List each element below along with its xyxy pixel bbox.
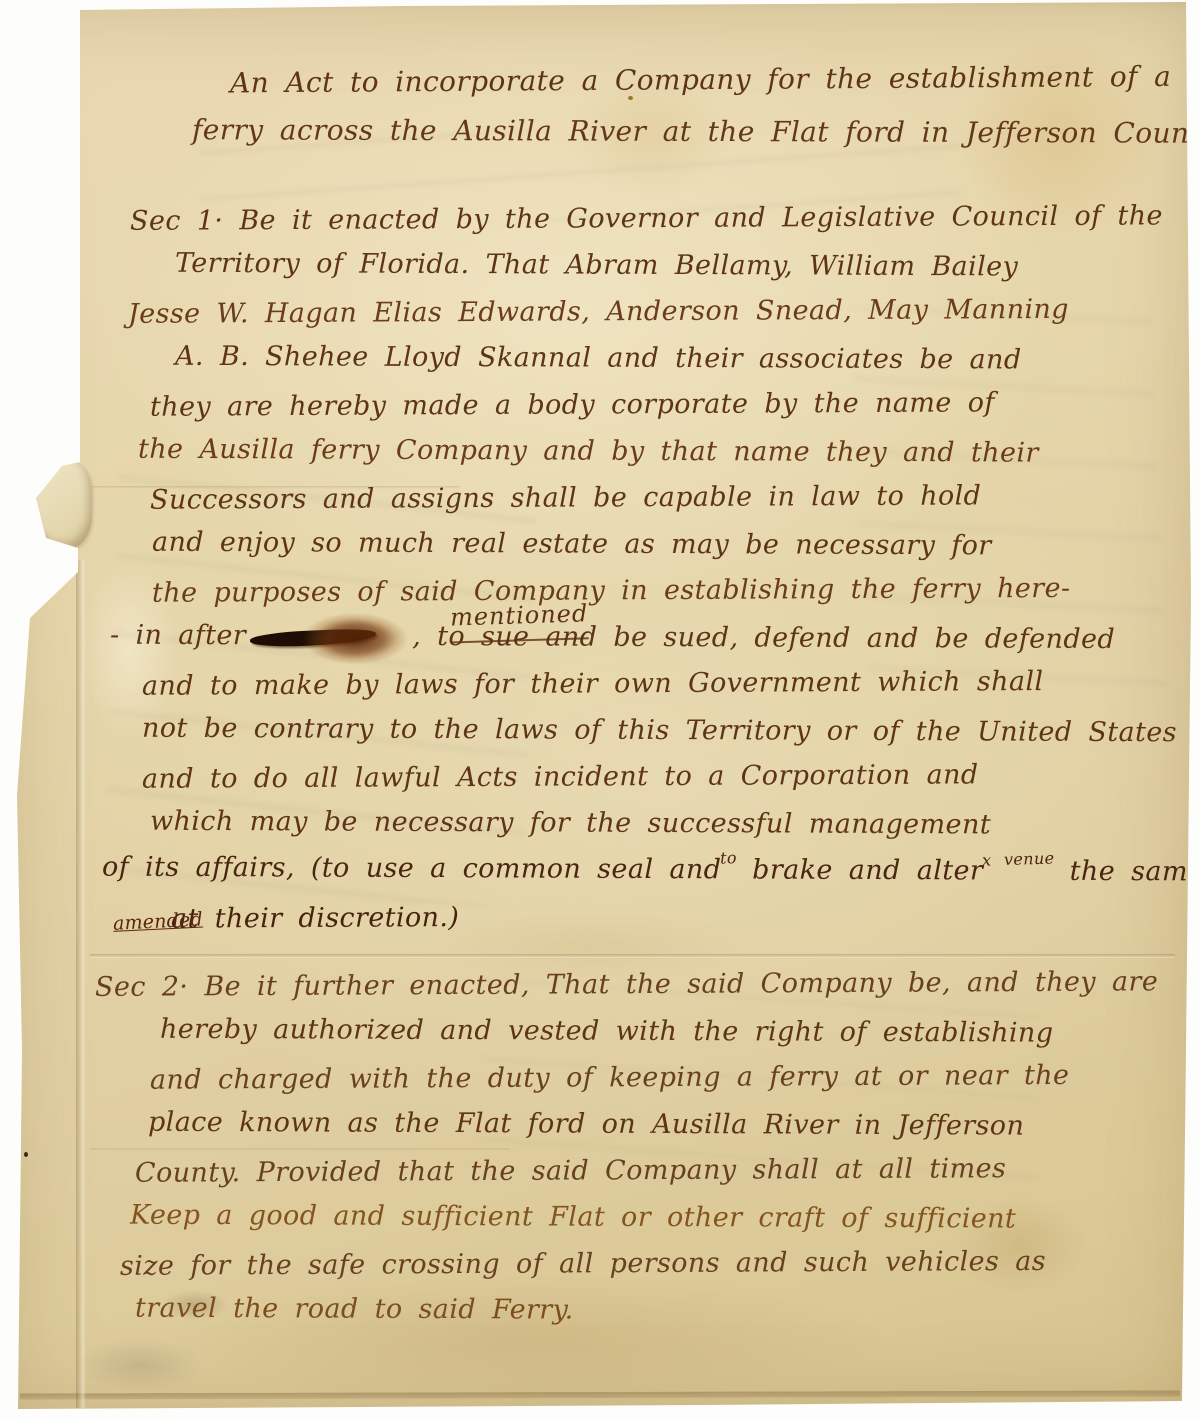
- torn-paper-flap: [36, 462, 92, 548]
- discretion-line: amended at their discretion.): [135, 891, 1195, 943]
- section-1-body-continued: and to make by laws for their own Govern…: [110, 661, 1195, 847]
- section-1: Sec 1· Be it enacted by the Governor and…: [110, 196, 1195, 940]
- body-line: the Ausilla ferry Company and by that na…: [138, 426, 1195, 477]
- body-line: and charged with the duty of keeping a f…: [150, 1052, 1195, 1104]
- body-line: not be contrary to the laws of this Terr…: [142, 705, 1195, 756]
- scan-background: An Act to incorporate a Company for the …: [0, 0, 1200, 1419]
- amend-pre: of its affairs, (to use a common seal an…: [102, 852, 721, 886]
- manuscript-page: An Act to incorporate a Company for the …: [0, 0, 1200, 1419]
- body-line: Sec 1· Be it enacted by the Governor and…: [130, 193, 1195, 245]
- body-line: A. B. Shehee Lloyd Skannal and their ass…: [175, 333, 1195, 384]
- document-title: An Act to incorporate a Company for the …: [192, 54, 1200, 158]
- body-line: travel the road to said Ferry.: [135, 1285, 1195, 1336]
- superscript-insertion: x venue: [982, 836, 1056, 885]
- section-1-body: Sec 1· Be it enacted by the Governor and…: [110, 196, 1195, 615]
- body-line: and to do all lawful Acts incident to a …: [142, 751, 1195, 803]
- speck: [24, 1152, 28, 1157]
- ink-blot: [250, 620, 408, 657]
- body-line: they are hereby made a body corporate by…: [150, 379, 1195, 431]
- superscript-insertion: to: [720, 835, 738, 882]
- body-line: size for the safe crossing of all person…: [120, 1238, 1195, 1290]
- title-line: An Act to incorporate a Company for the …: [230, 51, 1200, 110]
- crease-line: [90, 954, 1175, 958]
- smudge: [55, 1330, 225, 1400]
- margin-note-amended: amended: [112, 896, 204, 947]
- section-2: Sec 2· Be it further enacted, That the s…: [95, 962, 1195, 1334]
- body-line: and to make by laws for their own Govern…: [142, 658, 1195, 710]
- body-line-with-ink-blot: mentioned - in after, to sue and be sued…: [110, 612, 1195, 663]
- body-line: County. Provided that the said Company s…: [135, 1145, 1195, 1197]
- body-line: Sec 2· Be it further enacted, That the s…: [95, 959, 1195, 1011]
- blot-line-pre: - in after: [110, 619, 246, 651]
- crease-line: [20, 1390, 1180, 1399]
- body-line: the purposes of said Company in establis…: [152, 565, 1195, 617]
- amend-post: the same: [1054, 856, 1200, 888]
- body-line: Keep a good and sufficient Flat or other…: [130, 1192, 1195, 1243]
- fold-shadow: [76, 560, 86, 1408]
- body-line: Territory of Florida. That Abram Bellamy…: [175, 240, 1195, 291]
- body-line: Jesse W. Hagan Elias Edwards, Anderson S…: [128, 286, 1195, 338]
- body-line: and enjoy so much real estate as may be …: [152, 519, 1195, 570]
- body-line: Successors and assigns shall be capable …: [150, 472, 1195, 524]
- insertion-note: mentioned: [449, 590, 589, 643]
- amendment-line: of its affairs, (to use a common seal an…: [102, 845, 1195, 896]
- body-line: hereby authorized and vested with the ri…: [160, 1006, 1195, 1057]
- body-line: place known as the Flat ford on Ausilla …: [148, 1099, 1195, 1150]
- amend-mid: brake and alter: [736, 854, 983, 886]
- title-line: ferry across the Ausilla River at the Fl…: [192, 104, 1200, 160]
